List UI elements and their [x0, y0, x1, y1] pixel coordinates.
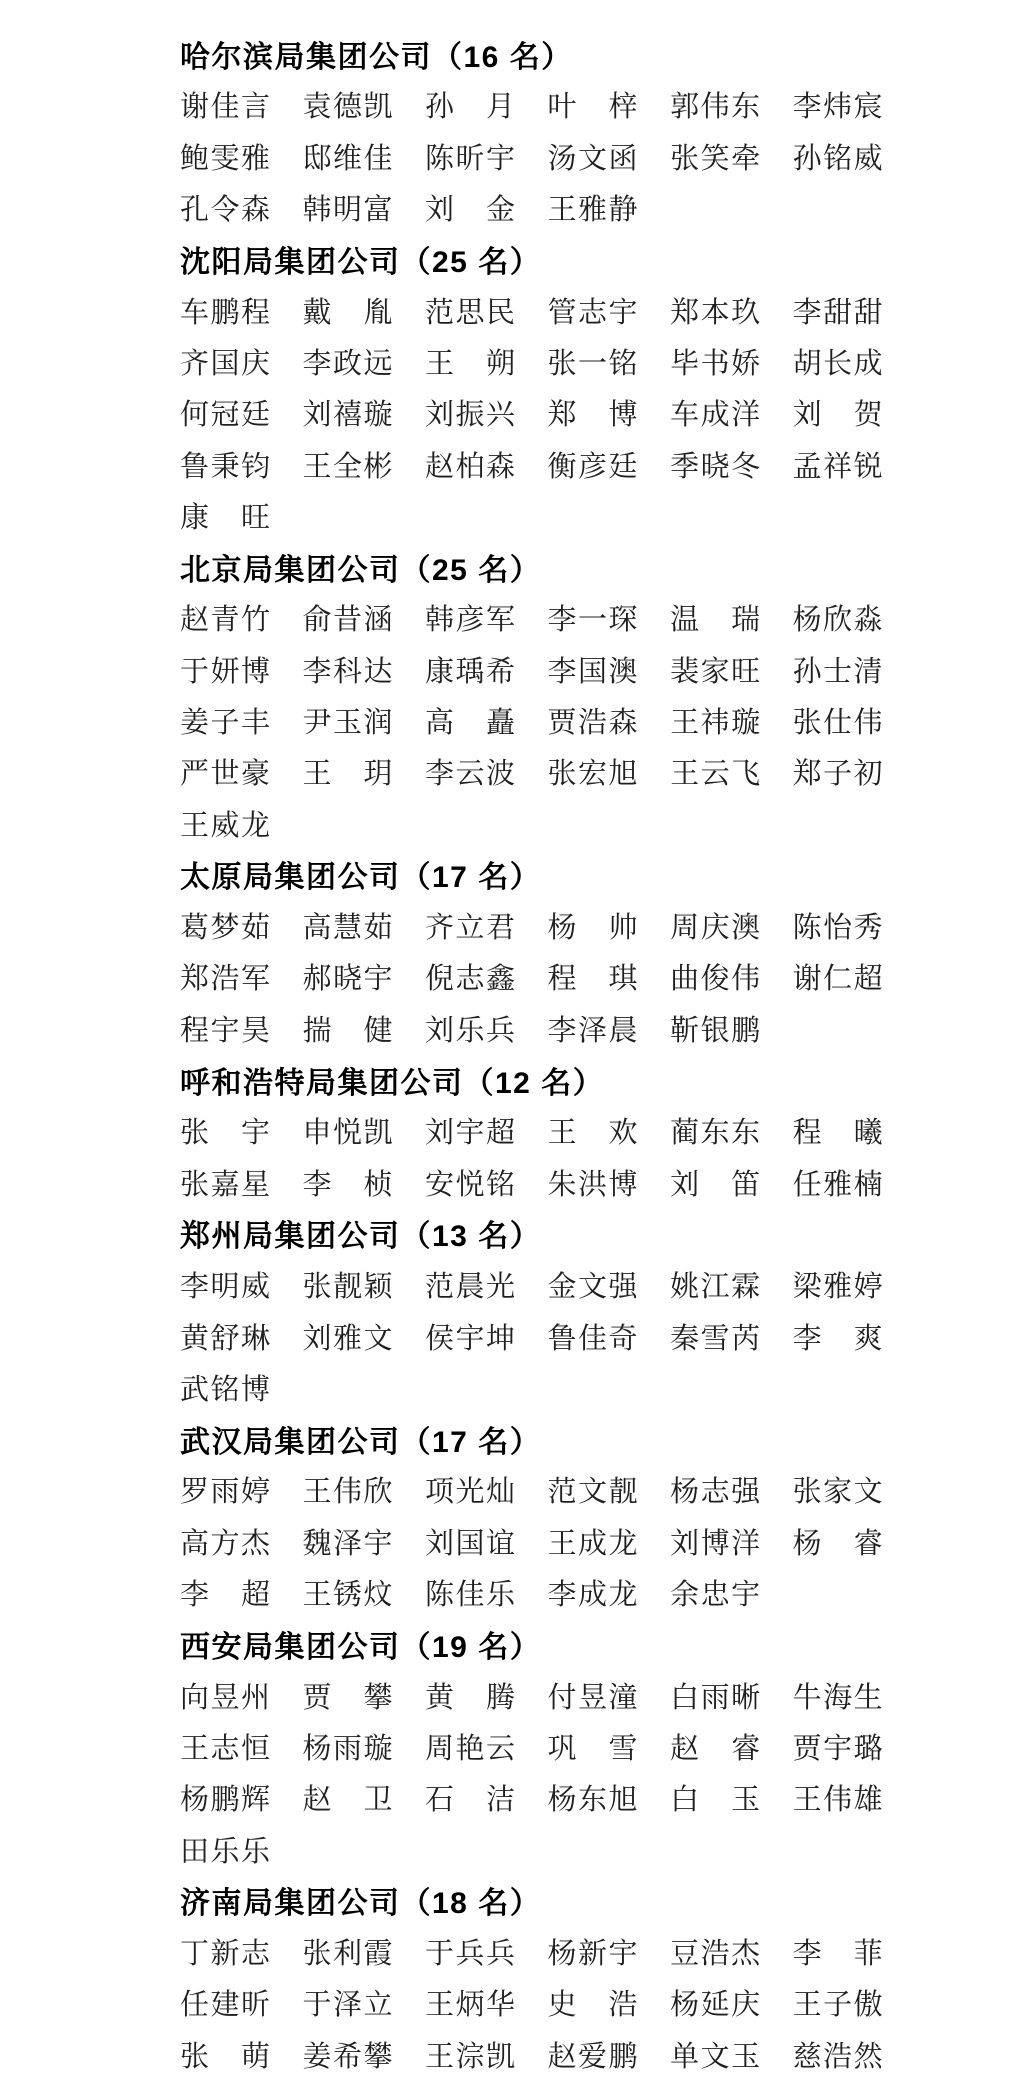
person-name: 高慧茹: [303, 905, 395, 946]
name-row: 谢佳言袁德凯孙 月叶 梓郭伟东李炜宸: [180, 79, 964, 130]
person-name: 张靓颖: [303, 1264, 395, 1305]
person-name: 王云飞: [670, 751, 762, 792]
name-row: 于妍博李科达康瑀希李国澳裴家旺孙士清: [180, 644, 964, 695]
person-name: 刘国谊: [425, 1521, 517, 1562]
name-row: 鲍雯雅邸维佳陈昕宇汤文函张笑牵孙铭威: [180, 131, 964, 182]
person-name: 安悦铭: [425, 1162, 517, 1203]
person-name: 付昱潼: [548, 1675, 640, 1716]
person-name: 魏泽宇: [303, 1521, 395, 1562]
person-name: 任雅楠: [793, 1162, 885, 1203]
person-name: 葛梦茹: [180, 905, 272, 946]
person-name: 毕书娇: [670, 341, 762, 382]
person-name: 王锈炆: [303, 1572, 395, 1613]
person-name: 齐立君: [425, 905, 517, 946]
name-row: 严世豪王 玥李云波张宏旭王云飞郑子初: [180, 746, 964, 797]
section-header: 武汉局集团公司（17 名）: [180, 1413, 964, 1464]
person-name: 李成龙: [548, 1572, 640, 1613]
person-name: 李甜甜: [793, 290, 885, 331]
person-name: 范晨光: [425, 1264, 517, 1305]
section-header: 太原局集团公司（17 名）: [180, 849, 964, 900]
name-row: 葛梦茹高慧茹齐立君杨 帅周庆澳陈怡秀: [180, 900, 964, 951]
name-row: 郑浩军郝晓宇倪志鑫程 琪曲俊伟谢仁超: [180, 951, 964, 1002]
person-name: 张笑牵: [670, 136, 762, 177]
section-header: 西安局集团公司（19 名）: [180, 1618, 964, 1669]
person-name: 曲俊伟: [670, 956, 762, 997]
person-name: 刘乐兵: [425, 1008, 517, 1049]
person-name: 裴家旺: [670, 649, 762, 690]
person-name: 田乐乐: [180, 1829, 272, 1870]
person-name: 赵 睿: [670, 1726, 762, 1767]
person-name: 杨新宇: [548, 1931, 640, 1972]
person-name: 严世豪: [180, 751, 272, 792]
person-name: 向昱州: [180, 1675, 272, 1716]
person-name: 范思民: [425, 290, 517, 331]
person-name: 管志宇: [548, 290, 640, 331]
person-name: 刘 贺: [793, 392, 885, 433]
name-row: 张 宇申悦凯刘宇超王 欢蔺东东程 曦: [180, 1105, 964, 1156]
person-name: 杨延庆: [670, 1982, 762, 2023]
person-name: 于兵兵: [425, 1931, 517, 1972]
person-name: 姚江霖: [670, 1264, 762, 1305]
person-name: 衡彦廷: [548, 444, 640, 485]
person-name: 鲍雯雅: [180, 136, 272, 177]
name-row: 罗雨婷王伟欣项光灿范文靓杨志强张家文: [180, 1464, 964, 1515]
person-name: 郑本玖: [670, 290, 762, 331]
person-name: 石 洁: [425, 1777, 517, 1818]
person-name: 刘 笛: [670, 1162, 762, 1203]
person-name: 白 玉: [670, 1777, 762, 1818]
person-name: 李炜宸: [793, 84, 885, 125]
person-name: 贾浩森: [548, 700, 640, 741]
name-row: 姜子丰尹玉润高 矗贾浩森王祎璇张仕伟: [180, 695, 964, 746]
person-name: 郝晓宇: [303, 956, 395, 997]
person-name: 张宏旭: [548, 751, 640, 792]
person-name: 杨 睿: [793, 1521, 885, 1562]
name-row: 王威龙: [180, 797, 964, 848]
section-header: 哈尔滨局集团公司（16 名）: [180, 28, 964, 79]
name-row: 张 萌姜希攀王淙凯赵爱鹏单文玉慈浩然: [180, 2029, 964, 2080]
person-name: 项光灿: [425, 1469, 517, 1510]
person-name: 秦雪芮: [670, 1316, 762, 1357]
name-row: 车鹏程戴 胤范思民管志宇郑本玖李甜甜: [180, 284, 964, 335]
person-name: 王伟欣: [303, 1469, 395, 1510]
person-name: 于泽立: [303, 1982, 395, 2023]
person-name: 倪志鑫: [425, 956, 517, 997]
person-name: 申悦凯: [303, 1110, 395, 1151]
person-name: 任建昕: [180, 1982, 272, 2023]
name-row: 齐国庆李政远王 朔张一铭毕书娇胡长成: [180, 336, 964, 387]
person-name: 姜子丰: [180, 700, 272, 741]
person-name: 李政远: [303, 341, 395, 382]
person-name: 靳银鹏: [670, 1008, 762, 1049]
roster-content: 哈尔滨局集团公司（16 名）谢佳言袁德凯孙 月叶 梓郭伟东李炜宸鲍雯雅邸维佳陈昕…: [180, 28, 964, 2080]
person-name: 姜希攀: [303, 2034, 395, 2075]
person-name: 韩明富: [303, 187, 395, 228]
person-name: 黄 腾: [425, 1675, 517, 1716]
person-name: 俞昔涵: [303, 597, 395, 638]
person-name: 王威龙: [180, 803, 272, 844]
name-row: 田乐乐: [180, 1823, 964, 1874]
person-name: 李 菲: [793, 1931, 885, 1972]
person-name: 孟祥锐: [793, 444, 885, 485]
person-name: 程 琪: [548, 956, 640, 997]
person-name: 王成龙: [548, 1521, 640, 1562]
person-name: 豆浩杰: [670, 1931, 762, 1972]
name-row: 向昱州贾 攀黄 腾付昱潼白雨晰牛海生: [180, 1670, 964, 1721]
person-name: 张 萌: [180, 2034, 272, 2075]
person-name: 杨 帅: [548, 905, 640, 946]
person-name: 何冠廷: [180, 392, 272, 433]
person-name: 贾 攀: [303, 1675, 395, 1716]
person-name: 刘博洋: [670, 1521, 762, 1562]
person-name: 郭伟东: [670, 84, 762, 125]
person-name: 王 欢: [548, 1110, 640, 1151]
name-row: 赵青竹俞昔涵韩彦军李一琛温 瑞杨欣淼: [180, 592, 964, 643]
name-row: 鲁秉钧王全彬赵柏森衡彦廷季晓冬孟祥锐: [180, 438, 964, 489]
person-name: 张一铭: [548, 341, 640, 382]
person-name: 杨志强: [670, 1469, 762, 1510]
person-name: 胡长成: [793, 341, 885, 382]
section-header: 北京局集团公司（25 名）: [180, 541, 964, 592]
person-name: 谢仁超: [793, 956, 885, 997]
person-name: 张仕伟: [793, 700, 885, 741]
person-name: 陈佳乐: [425, 1572, 517, 1613]
name-row: 高方杰魏泽宇刘国谊王成龙刘博洋杨 睿: [180, 1516, 964, 1567]
person-name: 王 玥: [303, 751, 395, 792]
person-name: 金文强: [548, 1264, 640, 1305]
person-name: 侯宇坤: [425, 1316, 517, 1357]
person-name: 王伟雄: [793, 1777, 885, 1818]
person-name: 赵 卫: [303, 1777, 395, 1818]
person-name: 蔺东东: [670, 1110, 762, 1151]
person-name: 李 爽: [793, 1316, 885, 1357]
person-name: 车成洋: [670, 392, 762, 433]
person-name: 张 宇: [180, 1110, 272, 1151]
person-name: 刘宇超: [425, 1110, 517, 1151]
person-name: 刘雅文: [303, 1316, 395, 1357]
person-name: 齐国庆: [180, 341, 272, 382]
person-name: 巩 雪: [548, 1726, 640, 1767]
person-name: 鲁佳奇: [548, 1316, 640, 1357]
person-name: 程宇昊: [180, 1008, 272, 1049]
person-name: 于妍博: [180, 649, 272, 690]
name-row: 李 超王锈炆陈佳乐李成龙余忠宇: [180, 1567, 964, 1618]
person-name: 鲁秉钧: [180, 444, 272, 485]
name-row: 程宇昊揣 健刘乐兵李泽晨靳银鹏: [180, 1003, 964, 1054]
person-name: 车鹏程: [180, 290, 272, 331]
person-name: 李科达: [303, 649, 395, 690]
person-name: 孙铭威: [793, 136, 885, 177]
person-name: 王子傲: [793, 1982, 885, 2023]
person-name: 郑子初: [793, 751, 885, 792]
person-name: 黄舒琳: [180, 1316, 272, 1357]
person-name: 丁新志: [180, 1931, 272, 1972]
person-name: 单文玉: [670, 2034, 762, 2075]
name-row: 张嘉星李 桢安悦铭朱洪博刘 笛任雅楠: [180, 1157, 964, 1208]
person-name: 武铭博: [180, 1367, 272, 1408]
person-name: 李云波: [425, 751, 517, 792]
person-name: 杨欣淼: [793, 597, 885, 638]
person-name: 袁德凯: [303, 84, 395, 125]
name-row: 黄舒琳刘雅文侯宇坤鲁佳奇秦雪芮李 爽: [180, 1310, 964, 1361]
person-name: 郑浩军: [180, 956, 272, 997]
person-name: 张嘉星: [180, 1162, 272, 1203]
person-name: 王雅静: [548, 187, 640, 228]
person-name: 谢佳言: [180, 84, 272, 125]
name-row: 何冠廷刘禧璇刘振兴郑 博车成洋刘 贺: [180, 387, 964, 438]
person-name: 李 桢: [303, 1162, 395, 1203]
person-name: 王志恒: [180, 1726, 272, 1767]
person-name: 温 瑞: [670, 597, 762, 638]
person-name: 高 矗: [425, 700, 517, 741]
person-name: 王淙凯: [425, 2034, 517, 2075]
person-name: 王祎璇: [670, 700, 762, 741]
person-name: 梁雅婷: [793, 1264, 885, 1305]
person-name: 孙 月: [425, 84, 517, 125]
person-name: 程 曦: [793, 1110, 885, 1151]
person-name: 叶 梓: [548, 84, 640, 125]
person-name: 季晓冬: [670, 444, 762, 485]
person-name: 周庆澳: [670, 905, 762, 946]
person-name: 张家文: [793, 1469, 885, 1510]
person-name: 王全彬: [303, 444, 395, 485]
person-name: 罗雨婷: [180, 1469, 272, 1510]
name-row: 康 旺: [180, 490, 964, 541]
person-name: 赵青竹: [180, 597, 272, 638]
person-name: 李泽晨: [548, 1008, 640, 1049]
person-name: 慈浩然: [793, 2034, 885, 2075]
person-name: 杨鹏辉: [180, 1777, 272, 1818]
person-name: 史 浩: [548, 1982, 640, 2023]
person-name: 刘 金: [425, 187, 517, 228]
section-header: 沈阳局集团公司（25 名）: [180, 233, 964, 284]
name-row: 杨鹏辉赵 卫石 洁杨东旭白 玉王伟雄: [180, 1772, 964, 1823]
name-row: 任建昕于泽立王炳华史 浩杨延庆王子傲: [180, 1977, 964, 2028]
person-name: 陈昕宇: [425, 136, 517, 177]
person-name: 邸维佳: [303, 136, 395, 177]
person-name: 孙士清: [793, 649, 885, 690]
person-name: 李 超: [180, 1572, 272, 1613]
person-name: 杨东旭: [548, 1777, 640, 1818]
person-name: 范文靓: [548, 1469, 640, 1510]
person-name: 王炳华: [425, 1982, 517, 2023]
person-name: 汤文函: [548, 136, 640, 177]
person-name: 余忠宇: [670, 1572, 762, 1613]
person-name: 周艳云: [425, 1726, 517, 1767]
person-name: 尹玉润: [303, 700, 395, 741]
person-name: 刘禧璇: [303, 392, 395, 433]
name-row: 丁新志张利霞于兵兵杨新宇豆浩杰李 菲: [180, 1926, 964, 1977]
person-name: 李一琛: [548, 597, 640, 638]
person-name: 牛海生: [793, 1675, 885, 1716]
person-name: 王 朔: [425, 341, 517, 382]
person-name: 孔令森: [180, 187, 272, 228]
person-name: 康瑀希: [425, 649, 517, 690]
person-name: 白雨晰: [670, 1675, 762, 1716]
person-name: 揣 健: [303, 1008, 395, 1049]
person-name: 陈怡秀: [793, 905, 885, 946]
section-header: 济南局集团公司（18 名）: [180, 1875, 964, 1926]
person-name: 高方杰: [180, 1521, 272, 1562]
person-name: 贾宇璐: [793, 1726, 885, 1767]
person-name: 戴 胤: [303, 290, 395, 331]
person-name: 韩彦军: [425, 597, 517, 638]
person-name: 刘振兴: [425, 392, 517, 433]
section-header: 呼和浩特局集团公司（12 名）: [180, 1054, 964, 1105]
person-name: 郑 博: [548, 392, 640, 433]
person-name: 杨雨璇: [303, 1726, 395, 1767]
name-row: 王志恒杨雨璇周艳云巩 雪赵 睿贾宇璐: [180, 1721, 964, 1772]
person-name: 朱洪博: [548, 1162, 640, 1203]
document-page: 哈尔滨局集团公司（16 名）谢佳言袁德凯孙 月叶 梓郭伟东李炜宸鲍雯雅邸维佳陈昕…: [0, 0, 1024, 2083]
section-header: 郑州局集团公司（13 名）: [180, 1208, 964, 1259]
person-name: 李国澳: [548, 649, 640, 690]
person-name: 李明威: [180, 1264, 272, 1305]
name-row: 李明威张靓颖范晨光金文强姚江霖梁雅婷: [180, 1259, 964, 1310]
person-name: 康 旺: [180, 495, 272, 536]
name-row: 孔令森韩明富刘 金王雅静: [180, 182, 964, 233]
person-name: 赵爱鹏: [548, 2034, 640, 2075]
person-name: 赵柏森: [425, 444, 517, 485]
person-name: 张利霞: [303, 1931, 395, 1972]
name-row: 武铭博: [180, 1362, 964, 1413]
